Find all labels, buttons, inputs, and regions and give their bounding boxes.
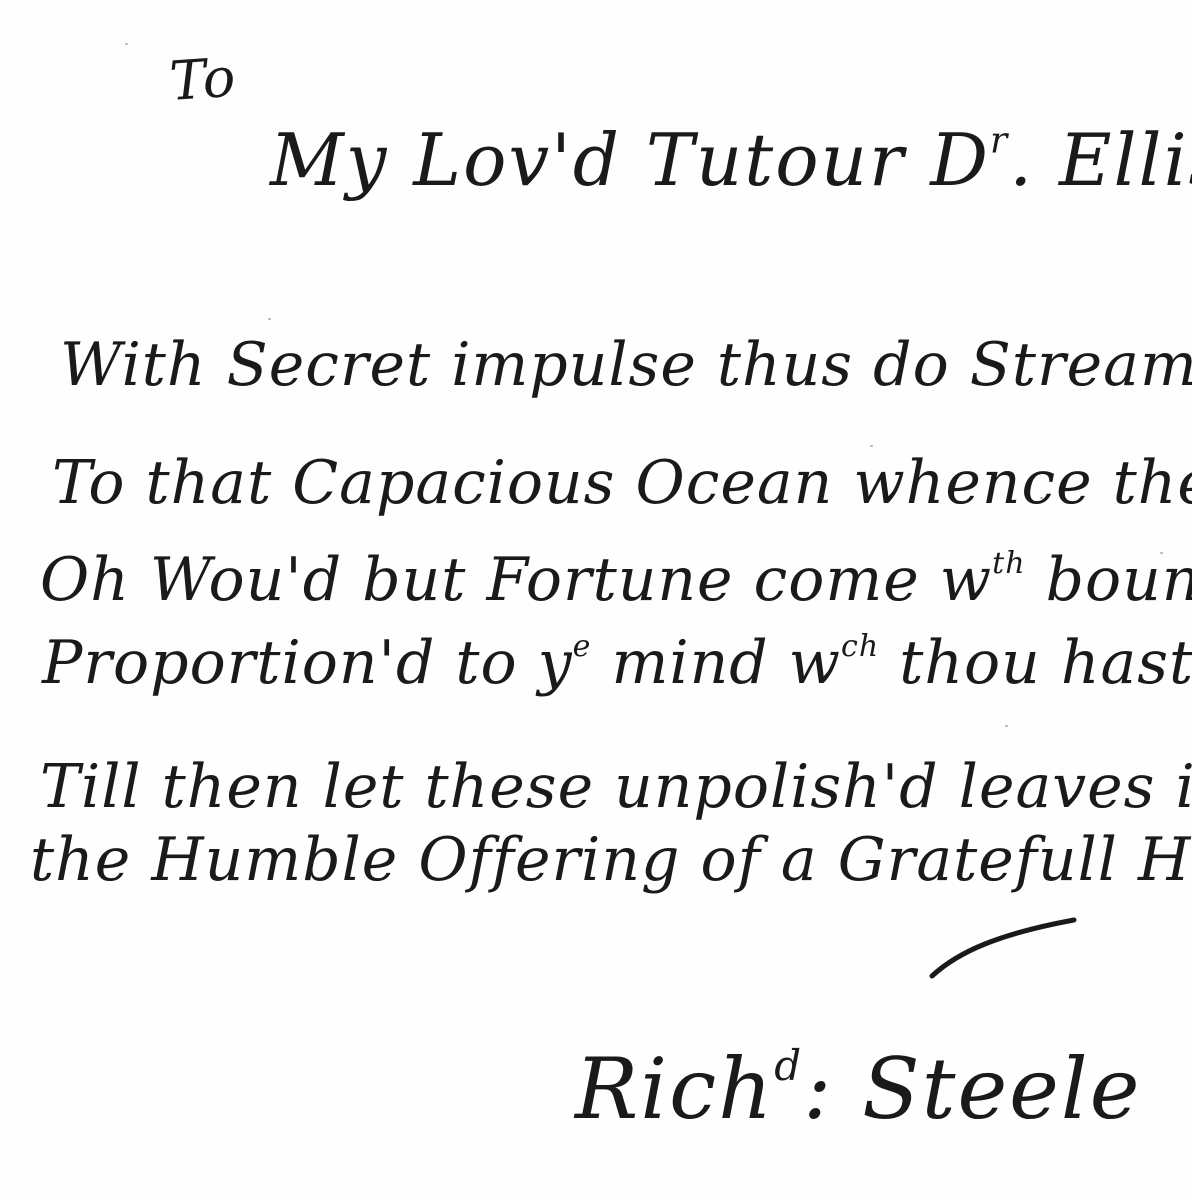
- verse-line-3: Oh Wou'd but Fortune come wth bounty fra…: [40, 545, 1192, 615]
- verse-line-3-superscript: th: [992, 546, 1025, 581]
- verse-line-6: the Humble Offering of a Gratefull Heart: [30, 825, 1192, 895]
- flourish-stroke-icon: [928, 912, 1078, 982]
- verse-line-4: Proportion'd to ye mind wch thou hast ta…: [42, 628, 1192, 698]
- paper-speck: [1160, 552, 1163, 554]
- paper-speck: [1040, 497, 1043, 499]
- verse-line-4-superscript-1: e: [573, 629, 592, 664]
- paper-speck: [870, 445, 873, 447]
- verse-line-1: With Secret impulse thus do Streams retu…: [60, 330, 1192, 400]
- verse-line-4-post: thou hast taught!: [879, 628, 1192, 698]
- verse-line-5: Till then let these unpolish'd leaves im…: [40, 752, 1192, 822]
- signature-first: Rich: [575, 1040, 774, 1138]
- signature-superscript: d: [774, 1041, 803, 1090]
- verse-line-4-mid: mind w: [591, 628, 841, 698]
- salutation-addressee: My Lov'd Tutour Dr. Ellis: [270, 118, 1192, 202]
- addressee-superscript: r: [990, 121, 1009, 162]
- letter-page: To My Lov'd Tutour Dr. Ellis With Secret…: [0, 0, 1192, 1200]
- verse-line-2: To that Capacious Ocean whence they're b…: [52, 448, 1192, 518]
- signature-last: Steele: [833, 1040, 1141, 1138]
- paper-speck: [1005, 725, 1008, 727]
- signature: Richd: Steele: [575, 1040, 1141, 1138]
- verse-line-4-pre: Proportion'd to y: [42, 628, 573, 698]
- addressee-tail: . Ellis: [1009, 118, 1192, 202]
- signature-separator: :: [803, 1040, 833, 1138]
- verse-line-4-superscript-2: ch: [841, 629, 879, 664]
- salutation-to: To: [168, 46, 239, 113]
- paper-speck: [268, 318, 271, 320]
- paper-speck: [125, 43, 128, 45]
- verse-line-3-pre: Oh Wou'd but Fortune come w: [40, 545, 992, 615]
- addressee-text: My Lov'd Tutour D: [270, 118, 990, 202]
- verse-line-3-post: bounty fraught: [1026, 545, 1192, 615]
